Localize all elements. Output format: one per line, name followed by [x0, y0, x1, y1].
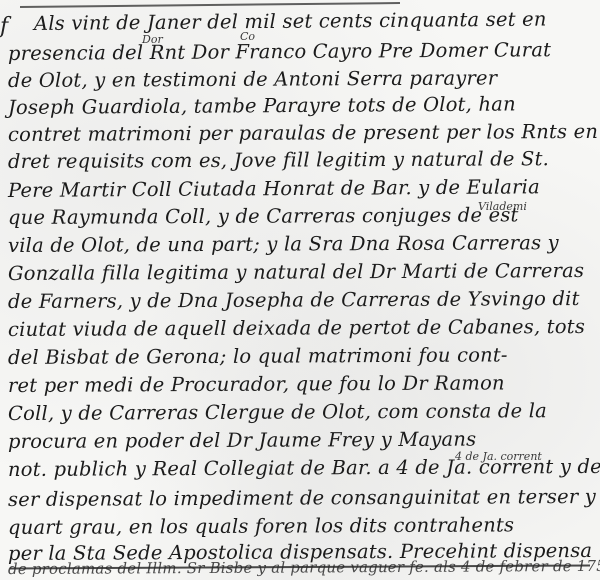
manuscript-line-17: not. publich y Real Collegiat de Bar. a … — [8, 457, 600, 480]
manuscript-line-1: Als vint de Janer del mil set cents cinq… — [34, 10, 547, 34]
manuscript-page: f Als vint de Janer del mil set cents ci… — [0, 0, 600, 580]
manuscript-line-2: presencia del Rnt Dor Franco Cayro Pre D… — [8, 40, 551, 63]
margin-mark: f — [0, 14, 8, 39]
manuscript-line-6: dret requisits com es, Jove fill legitim… — [8, 149, 549, 171]
manuscript-line-10: Gonzalla filla legitima y natural del Dr… — [8, 261, 584, 284]
manuscript-line-3: de Olot, y en testimoni de Antoni Serra … — [8, 68, 497, 90]
manuscript-line-19: quart grau, en los quals foren los dits … — [8, 515, 514, 537]
manuscript-line-9: vila de Olot, de una part; y la Sra Dna … — [8, 233, 559, 255]
manuscript-line-16: procura en poder del Dr Jaume Frey y May… — [8, 430, 476, 452]
manuscript-line-15: Coll, y de Carreras Clergue de Olot, com… — [8, 401, 547, 423]
manuscript-line-18: ser dispensat lo impediment de consangui… — [8, 487, 596, 510]
top-rule — [20, 2, 400, 8]
manuscript-line-4: Joseph Guardiola, tambe Parayre tots de … — [8, 94, 516, 117]
manuscript-line-14: ret per medi de Procurador, que fou lo D… — [8, 373, 505, 395]
manuscript-line-13: del Bisbat de Gerona; lo qual matrimoni … — [8, 345, 508, 367]
manuscript-line-5: contret matrimoni per paraulas de presen… — [8, 122, 598, 145]
manuscript-line-7: Pere Martir Coll Ciutada Honrat de Bar. … — [8, 177, 540, 200]
manuscript-line-11: de Farners, y de Dna Josepha de Carreras… — [8, 289, 580, 311]
manuscript-line-12: ciutat viuda de aquell deixada de pertot… — [8, 317, 585, 340]
manuscript-line-8: que Raymunda Coll, y de Carreras conjuge… — [8, 205, 519, 227]
